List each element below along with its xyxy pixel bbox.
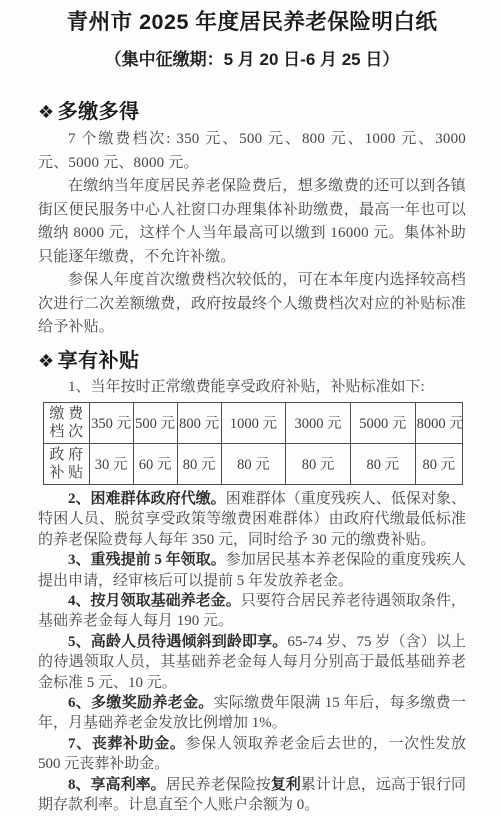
table-cell-tier-value: 350 元 [89,402,133,443]
table-cell-tier-value: 8000 元 [415,402,462,443]
table-cell-subsidy-label: 政 府 补 贴 [44,443,90,484]
document-page: 青州市 2025 年度居民养老保险明白纸 （集中征缴期：5 月 20 日-6 月… [0,0,500,817]
table-cell-subsidy-value: 80 元 [221,443,286,484]
table-cell-subsidy-value: 80 元 [177,443,221,484]
table-cell-tier-value: 1000 元 [221,402,286,443]
table-cell-subsidy-value: 30 元 [89,443,133,484]
table-row-payment-tier: 缴 费 档 次 350 元 500 元 800 元 1000 元 3000 元 … [44,402,463,443]
item-bold-word: 复利 [271,777,301,793]
paragraph-tier-upgrade: 参保人年度首次缴费档次较低的，可在本年度内选择较高档次进行二次差额缴费，政府按最… [38,269,466,340]
item-lead: 8、享高利率。 [68,777,166,793]
diamond-bullet-icon: ❖ [38,351,55,371]
table-cell-tier-value: 800 元 [177,402,221,443]
item-lead: 4、按月领取基础养老金。 [68,593,241,609]
item-7-funeral-allowance: 7、丧葬补助金。参保人领取养老金后去世的，一次性发放 500 元丧葬补助金。 [38,734,466,775]
item-1-government-subsidy: 1、当年按时正常缴费能享受政府补贴，补贴标准如下: [38,377,466,397]
item-2-hardship-groups: 2、困难群体政府代缴。困难群体（重度残疾人、低保对象、特困人员、脱贫享受政策等缴… [38,489,466,550]
section-subsidy-heading-text: 享有补贴 [58,350,140,372]
table-cell-tier-label: 缴 费 档 次 [44,402,90,443]
table-cell-subsidy-value: 80 元 [415,443,462,484]
item-lead: 5、高龄人员待遇倾斜到龄即享。 [68,634,287,650]
section-more-pay-heading-text: 多缴多得 [58,101,140,123]
item-lead: 3、重残提前 5 年领取。 [68,552,226,568]
table-cell-tier-value: 3000 元 [286,402,351,443]
document-subtitle: （集中征缴期：5 月 20 日-6 月 25 日） [38,48,466,72]
document-title: 青州市 2025 年度居民养老保险明白纸 [38,8,466,36]
item-3-disability-early-claim: 3、重残提前 5 年领取。参加居民基本养老保险的重度残疾人提出申请，经审核后可以… [38,550,466,591]
item-6-extra-payment-reward: 6、多缴奖励养老金。实际缴费年限满 15 年后，每多缴费一年，月基础养老金发放比… [38,693,466,734]
table-cell-tier-value: 5000 元 [350,402,415,443]
table-cell-tier-value: 500 元 [133,402,177,443]
table-cell-subsidy-value: 80 元 [286,443,351,484]
section-more-pay: ❖多缴多得 7 个缴费档次: 350 元、500 元、800 元、1000 元、… [38,98,466,340]
table-cell-subsidy-value: 80 元 [350,443,415,484]
item-lead: 6、多缴奖励养老金。 [68,695,214,711]
paragraph-payment-tiers: 7 个缴费档次: 350 元、500 元、800 元、1000 元、3000 元… [38,128,466,175]
diamond-bullet-icon: ❖ [38,102,55,122]
item-lead: 7、丧葬补助金。 [68,736,185,752]
paragraph-collective-subsidy: 在缴纳当年度居民养老保险费后，想多缴费的还可以到各镇街区便民服务中心人社窗口办理… [38,175,466,269]
item-5-elderly-bonus: 5、高龄人员待遇倾斜到龄即享。65-74 岁、75 岁（含）以上的待遇领取人员，… [38,632,466,693]
table-cell-subsidy-value: 60 元 [133,443,177,484]
item-8-high-interest: 8、享高利率。居民养老保险按复利累计计息，远高于银行同期存款利率。计息直至个人账… [38,775,466,816]
section-subsidy-heading: ❖享有补贴 [38,347,466,375]
item-lead: 2、困难群体政府代缴。 [68,491,226,507]
section-subsidy: ❖享有补贴 1、当年按时正常缴费能享受政府补贴，补贴标准如下: 缴 费 档 次 … [38,347,466,816]
subsidy-table: 缴 费 档 次 350 元 500 元 800 元 1000 元 3000 元 … [43,402,463,485]
table-row-government-subsidy: 政 府 补 贴 30 元 60 元 80 元 80 元 80 元 80 元 80… [44,443,463,484]
section-more-pay-heading: ❖多缴多得 [38,98,466,126]
item-text: 居民养老保险按 [166,777,271,793]
item-4-monthly-base-pension: 4、按月领取基础养老金。只要符合居民养老待遇领取条件，基础养老金每人每月 190… [38,591,466,632]
